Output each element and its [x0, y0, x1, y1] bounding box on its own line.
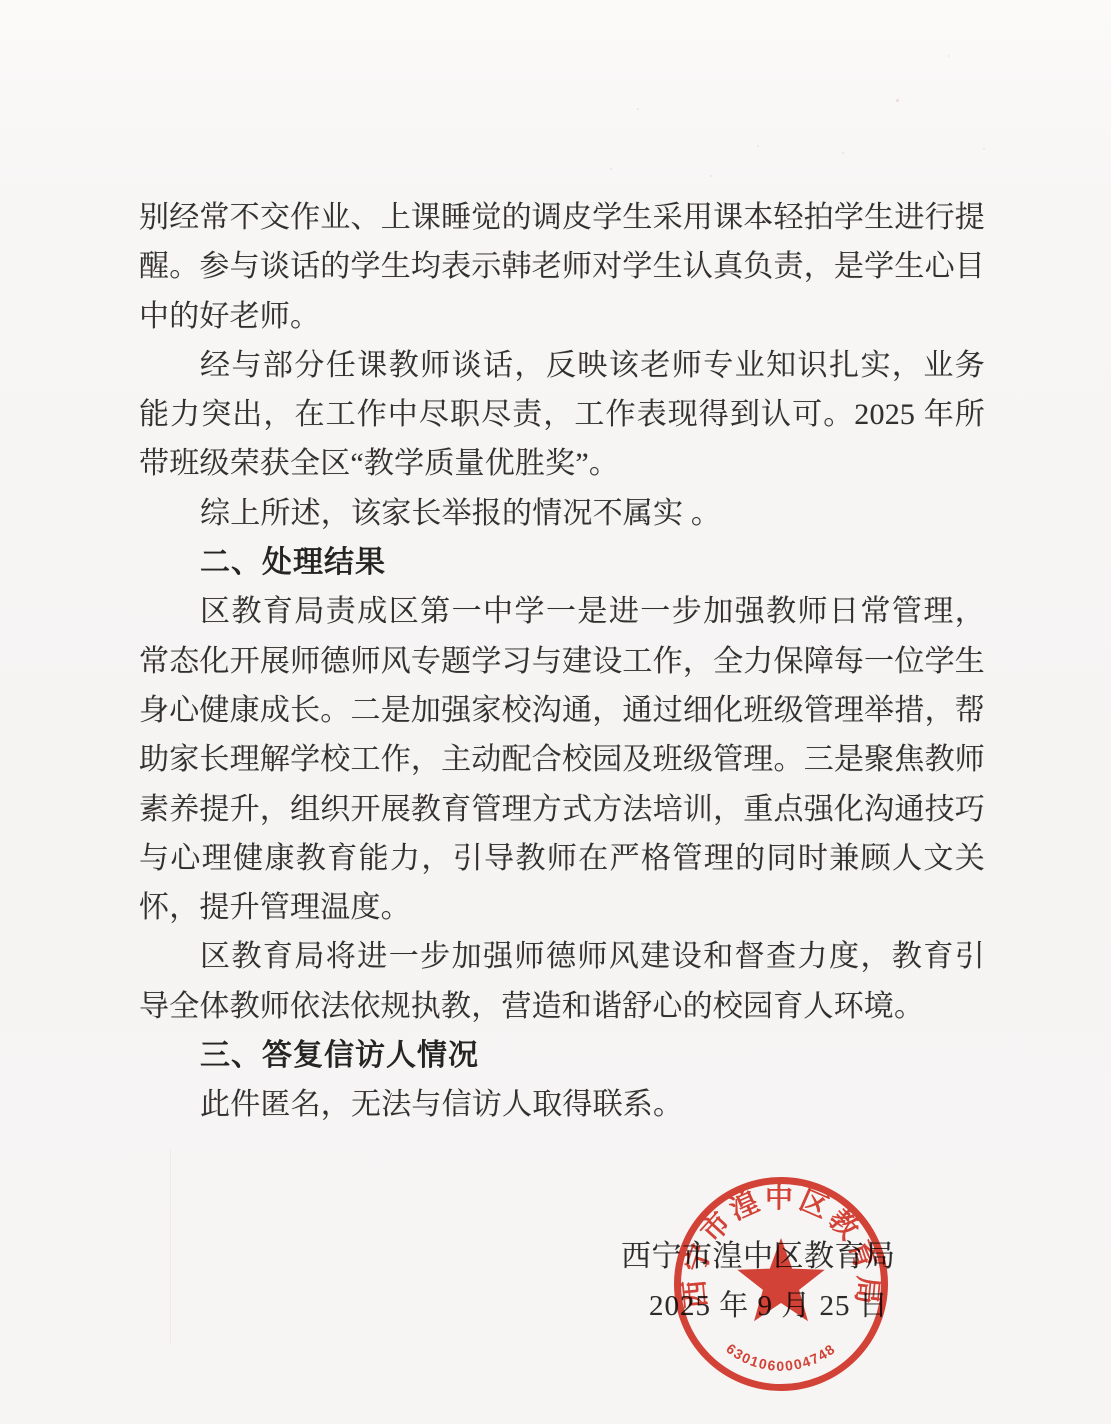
paragraph: 区教育局责成区第一中学一是进一步加强教师日常管理，常态化开展师德师风专题学习与建…: [139, 587, 985, 932]
paragraph: 综上所述，该家长举报的情况不属实 。: [139, 489, 985, 538]
paragraph: 经与部分任课教师谈话，反映该老师专业知识扎实，业务能力突出，在工作中尽职尽责，工…: [139, 341, 985, 489]
scan-artifact-line: [170, 1150, 171, 1345]
scan-speckle: [983, 148, 985, 150]
stamp-code: 6301060004748: [723, 1340, 838, 1374]
paragraph: 区教育局将进一步加强师德师风建设和督查力度，教育引导全体教师依法依规执教，营造和…: [139, 932, 985, 1031]
scan-speckle: [948, 55, 950, 57]
scan-speckle: [757, 145, 759, 147]
scan-speckle: [710, 175, 712, 177]
section-heading: 三、答复信访人情况: [139, 1031, 985, 1080]
paragraph: 此件匿名，无法与信访人取得联系。: [139, 1080, 985, 1129]
scan-speckle: [637, 108, 639, 110]
official-stamp: 西宁市湟中区教育局 6301060004748: [655, 1158, 907, 1410]
scan-speckle: [610, 168, 612, 170]
paragraph: 别经常不交作业、上课睡觉的调皮学生采用课本轻拍学生进行提醒。参与谈话的学生均表示…: [139, 193, 985, 341]
section-heading: 二、处理结果: [139, 538, 985, 587]
svg-text:6301060004748: 6301060004748: [723, 1340, 838, 1374]
scanned-document-page: 别经常不交作业、上课睡觉的调皮学生采用课本轻拍学生进行提醒。参与谈话的学生均表示…: [0, 0, 1111, 1424]
scan-speckle: [896, 99, 899, 102]
stamp-star-icon: [737, 1238, 824, 1321]
scan-speckle: [842, 152, 844, 154]
document-body: 别经常不交作业、上课睡觉的调皮学生采用课本轻拍学生进行提醒。参与谈话的学生均表示…: [139, 193, 985, 1130]
